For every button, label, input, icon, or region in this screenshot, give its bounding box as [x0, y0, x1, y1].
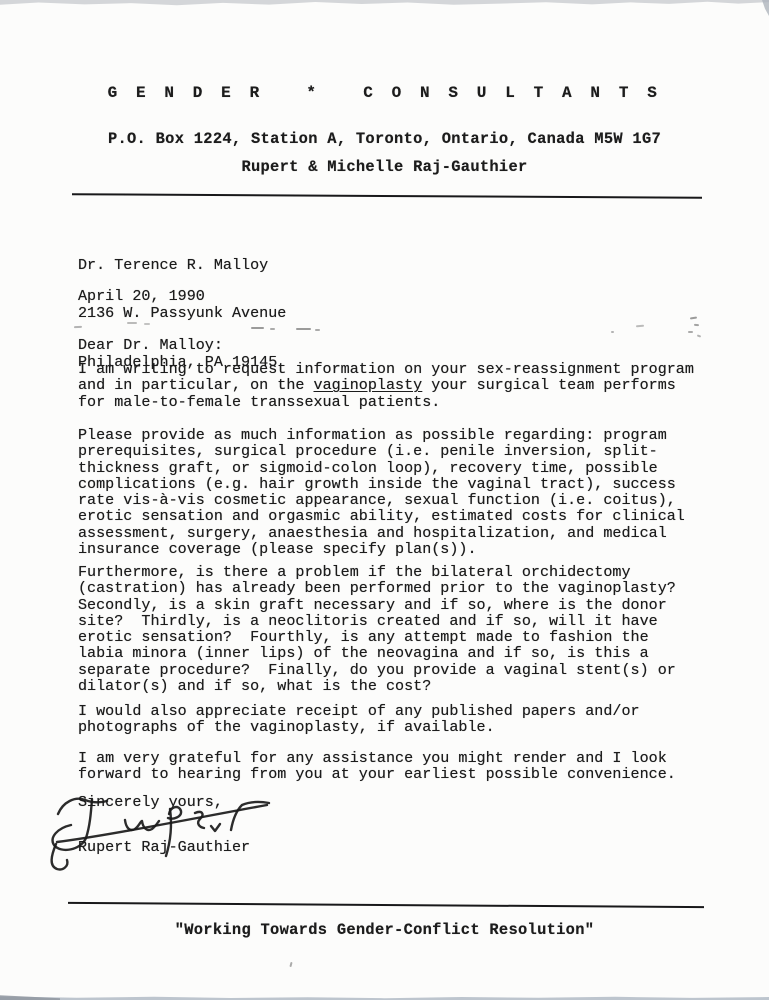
letterhead-divider-rule: [72, 193, 702, 199]
letterhead-address: P.O. Box 1224, Station A, Toronto, Ontar…: [0, 130, 769, 148]
smudge-mark: [697, 334, 701, 337]
smudge-mark: [74, 326, 82, 328]
paragraph-1: I am writing to request information on y…: [78, 361, 694, 410]
org-name: G E N D E R * C O N S U L T A N T S: [0, 84, 769, 102]
smudge-mark: [270, 328, 275, 330]
smudge-mark: [636, 325, 644, 328]
underlined-term: vaginoplasty: [314, 376, 423, 394]
smudge-mark: [144, 323, 150, 325]
paragraph-5: I am very grateful for any assistance yo…: [78, 750, 676, 783]
letter-date: April 20, 1990: [78, 288, 205, 304]
signature-scrawl: [45, 792, 285, 878]
paragraph-3: Furthermore, is there a problem if the b…: [78, 564, 676, 694]
letterhead-names: Rupert & Michelle Raj-Gauthier: [0, 158, 769, 176]
smudge-mark: [688, 331, 693, 333]
smudge-mark: [694, 324, 699, 327]
smudge-mark: [315, 329, 320, 331]
smudge-mark: [690, 317, 697, 320]
salutation: Dear Dr. Malloy:: [78, 337, 223, 353]
footer-tagline: "Working Towards Gender-Conflict Resolut…: [0, 921, 769, 939]
smudge-mark: [289, 962, 292, 967]
paragraph-4: I would also appreciate receipt of any p…: [78, 703, 640, 736]
recipient-street: 2136 W. Passyunk Avenue: [78, 305, 286, 321]
scan-edge-top: [0, 0, 769, 6]
recipient-name: Dr. Terence R. Malloy: [78, 257, 286, 273]
scan-edge-bottom-left-corner: [0, 994, 60, 1000]
scan-edge-bottom: [0, 995, 769, 1000]
smudge-mark: [296, 328, 311, 330]
smudge-mark: [127, 322, 137, 324]
letter-page: G E N D E R * C O N S U L T A N T S P.O.…: [0, 0, 769, 1000]
footer-divider-rule: [68, 902, 704, 909]
smudge-mark: [611, 331, 614, 333]
paragraph-2: Please provide as much information as po…: [78, 427, 685, 557]
